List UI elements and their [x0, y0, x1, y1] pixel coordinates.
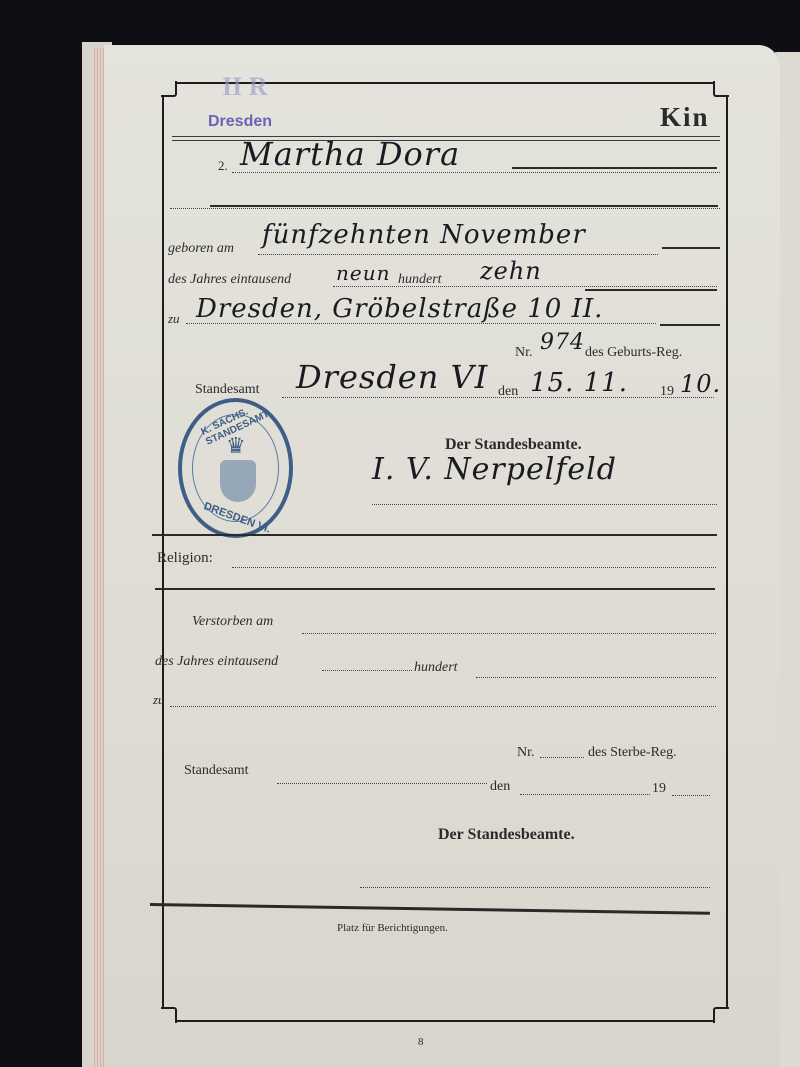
born-label: geboren am [168, 241, 234, 257]
place-label: zu [168, 311, 180, 327]
died-label: Verstorben am [192, 614, 273, 630]
death-date-label: den [490, 779, 510, 795]
dotted-line [540, 757, 584, 758]
religion-label: Religion: [157, 550, 213, 567]
death-office-label: Standesamt [184, 763, 249, 779]
child-name-handwritten: Martha Dora [240, 135, 460, 173]
name-fill-stroke [512, 167, 717, 169]
office-label: Standesamt [195, 382, 260, 398]
dotted-line [170, 208, 720, 209]
handwritten-stroke [660, 324, 720, 326]
dotted-line [170, 706, 716, 707]
death-place-label: zu [153, 692, 165, 708]
dotted-line [277, 783, 487, 784]
year-value-handwritten: zehn [480, 257, 542, 285]
death-nr-label: Nr. [517, 745, 535, 761]
frame-corner-ornament [713, 81, 729, 97]
handwritten-stroke [585, 289, 717, 291]
dotted-line [476, 677, 716, 678]
corrections-label: Platz für Berichtigungen. [337, 922, 448, 934]
hundred-label: hundert [398, 272, 442, 288]
section-divider [155, 588, 715, 590]
crown-icon: ♛ [226, 434, 246, 459]
office-handwritten: Dresden VI [296, 358, 488, 396]
death-year-prefix: 19 [652, 781, 666, 797]
child-number: 2. [218, 158, 228, 174]
handwritten-stroke [662, 247, 720, 249]
date-label: den [498, 384, 518, 400]
handwritten-stroke [210, 205, 718, 207]
dotted-line [333, 286, 717, 287]
frame-corner-ornament [161, 1007, 177, 1023]
frame-corner-ornament [713, 1007, 729, 1023]
section-header-title: Kin [660, 102, 710, 133]
frame-corner-ornament [161, 81, 177, 97]
registration-date-handwritten: 15. 11. [530, 368, 628, 398]
birth-nr-handwritten: 974 [540, 330, 585, 355]
dotted-line [258, 254, 658, 255]
dresden-stamp: Dresden [208, 113, 272, 131]
birth-register-label: des Geburts-Reg. [585, 345, 682, 361]
birth-nr-label: Nr. [515, 345, 533, 361]
dotted-line [322, 670, 412, 671]
year-prefix: 19 [660, 384, 674, 400]
year-suffix-handwritten: 10. [680, 370, 721, 398]
registrar-signature: I. V. Nerpelfeld [372, 452, 617, 487]
birth-date-handwritten: fünfzehnten November [262, 220, 586, 250]
birth-place-handwritten: Dresden, Gröbelstraße 10 II. [196, 294, 603, 324]
dotted-line [302, 633, 716, 634]
dotted-line [520, 794, 650, 795]
year-label: des Jahres eintausend [168, 272, 291, 288]
death-register-label: des Sterbe-Reg. [588, 745, 677, 761]
dotted-line [672, 795, 710, 796]
signature-dotted-line [372, 504, 717, 505]
signature-dotted-line [360, 887, 710, 888]
death-year-label: des Jahres eintausend [155, 654, 278, 670]
faint-stamp-mark: II R [222, 72, 268, 102]
page-number: 8 [418, 1036, 424, 1048]
death-hundred-label: hundert [414, 660, 458, 676]
official-seal: K. SÄCHS. STANDESAMT ♛ DRESDEN VI. [178, 398, 293, 538]
dotted-line [232, 567, 716, 568]
year-value-handwritten: neun [336, 261, 390, 285]
death-registrar-title: Der Standesbeamte. [438, 826, 575, 844]
section-divider [152, 534, 717, 536]
coat-of-arms-icon [220, 460, 256, 502]
